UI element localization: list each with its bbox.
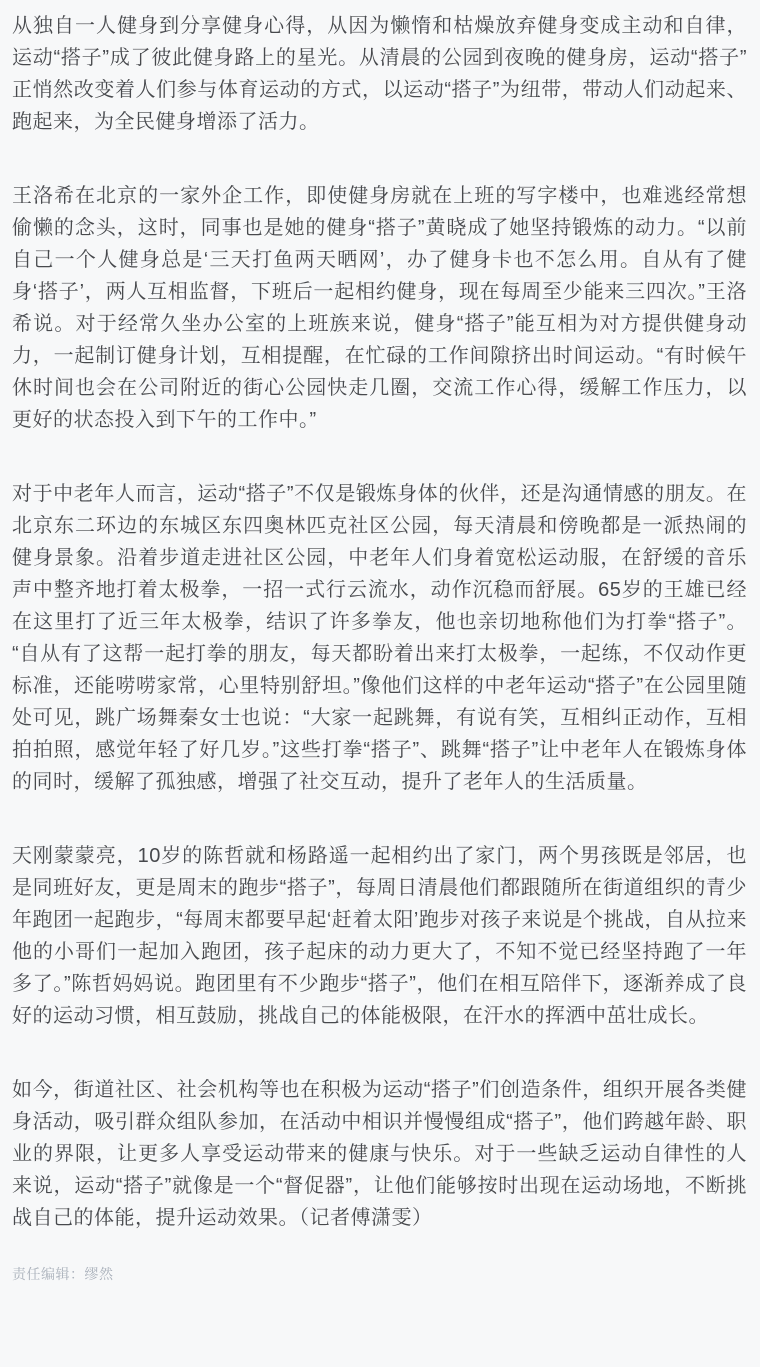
article-page: { "page": { "background_color": "#f7f8f9… [0,0,760,1367]
article-paragraph: 天刚蒙蒙亮，10岁的陈哲就和杨路遥一起相约出了家门，两个男孩既是邻居，也是同班好… [12,840,747,1032]
article-body: 从独自一人健身到分享健身心得，从因为懒惰和枯燥放弃健身变成主动和自律，运动“搭子… [0,0,760,1234]
editor-credit-label: 责任编辑： [12,1266,85,1282]
editor-credit-name: 缪然 [85,1266,114,1282]
article-paragraph: 对于中老年人而言，运动“搭子”不仅是锻炼身体的伙伴，还是沟通情感的朋友。在北京东… [12,478,747,798]
article-paragraph: 从独自一人健身到分享健身心得，从因为懒惰和枯燥放弃健身变成主动和自律，运动“搭子… [12,10,747,138]
article-paragraph: 王洛希在北京的一家外企工作，即使健身房就在上班的写字楼中，也难逃经常想偷懒的念头… [12,180,747,436]
editor-credit: 责任编辑：缪然 [0,1264,760,1284]
article-paragraph: 如今，街道社区、社会机构等也在积极为运动“搭子”们创造条件，组织开展各类健身活动… [12,1074,747,1234]
